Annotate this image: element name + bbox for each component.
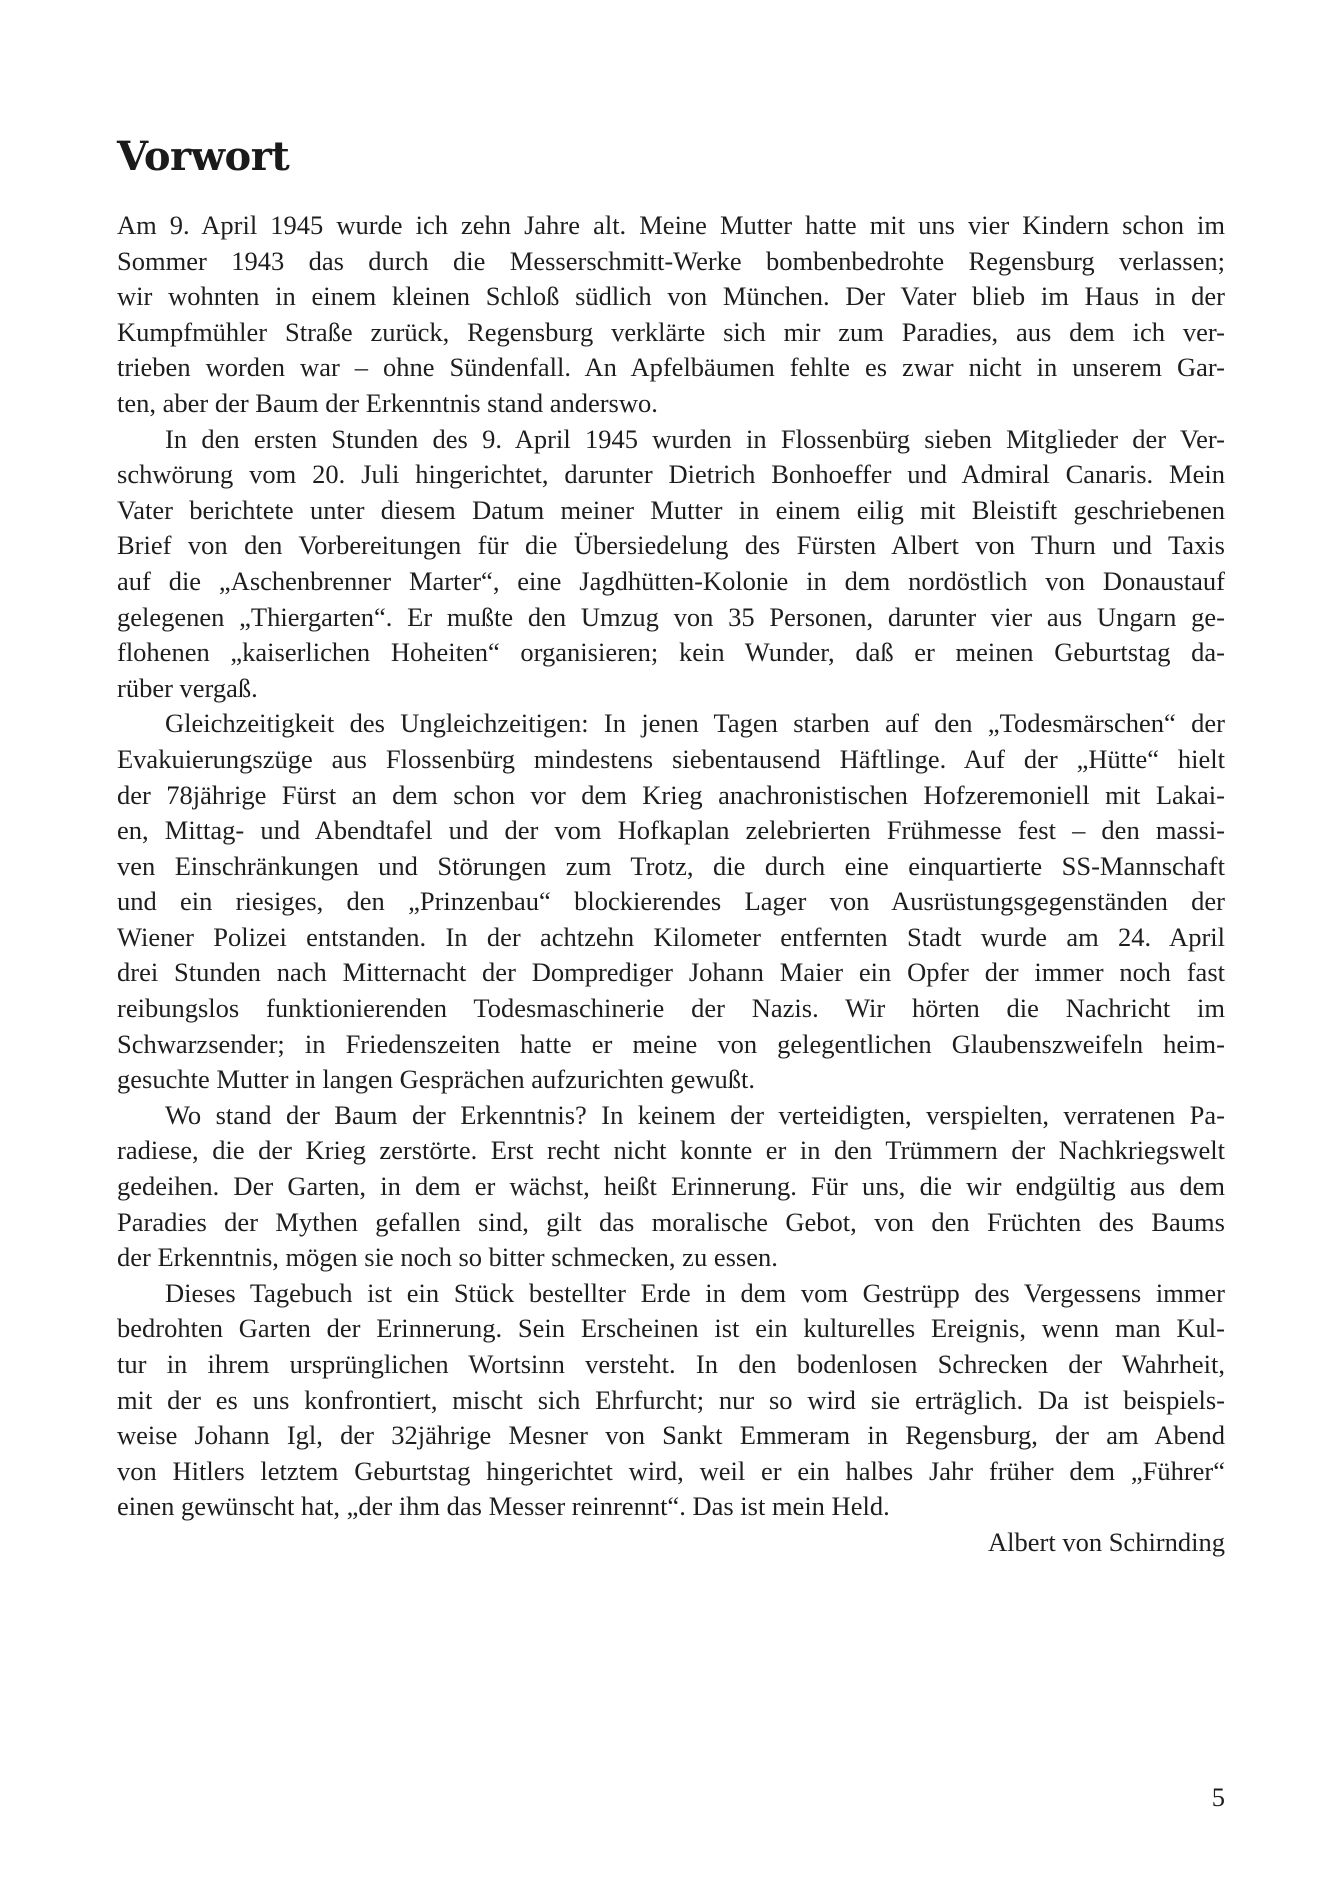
text-line: Brief von den Vorbereitungen für die Übe… [117,528,1225,564]
text-line: Schwarzsender; in Friedenszeiten hatte e… [117,1027,1225,1063]
text-line: gedeihen. Der Garten, in dem er wächst, … [117,1169,1225,1205]
text-line: Paradies der Mythen gefallen sind, gilt … [117,1205,1225,1241]
text-line: radiese, die der Krieg zerstörte. Erst r… [117,1133,1225,1169]
text-line: flohenen „kaiserlichen Hoheiten“ organis… [117,635,1225,671]
text-line: von Hitlers letztem Geburtstag hingerich… [117,1454,1225,1490]
text-line: gelegenen „Thiergarten“. Er mußte den Um… [117,600,1225,636]
text-line: en, Mittag- und Abendtafel und der vom H… [117,813,1225,849]
text-line: Evakuierungszüge aus Flossenbürg mindest… [117,742,1225,778]
text-line: Kumpfmühler Straße zurück, Regensburg ve… [117,315,1225,351]
text-line: der Erkenntnis, mögen sie noch so bitter… [117,1240,1225,1276]
text-line: rüber vergaß. [117,671,1225,707]
text-line: der 78jährige Fürst an dem schon vor dem… [117,778,1225,814]
author-signature: Albert von Schirnding [117,1525,1225,1561]
foreword-body: Am 9. April 1945 wurde ich zehn Jahre al… [117,208,1225,1561]
paragraph-4: Wo stand der Baum der Erkenntnis? In kei… [117,1098,1225,1276]
text-line: ten, aber der Baum der Erkenntnis stand … [117,386,1225,422]
text-line: auf die „Aschenbrenner Marter“, eine Jag… [117,564,1225,600]
text-line: weise Johann Igl, der 32jährige Mesner v… [117,1418,1225,1454]
text-line: Am 9. April 1945 wurde ich zehn Jahre al… [117,208,1225,244]
paragraph-2: In den ersten Stunden des 9. April 1945 … [117,422,1225,707]
text-line: mit der es uns konfrontiert, mischt sich… [117,1383,1225,1419]
text-line: reibungslos funktionierenden Todesmaschi… [117,991,1225,1027]
text-line: und ein riesiges, den „Prinzenbau“ block… [117,884,1225,920]
text-line: trieben worden war – ohne Sündenfall. An… [117,350,1225,386]
paragraph-5: Dieses Tagebuch ist ein Stück bestellter… [117,1276,1225,1525]
text-line: Wo stand der Baum der Erkenntnis? In kei… [117,1098,1225,1134]
paragraph-1: Am 9. April 1945 wurde ich zehn Jahre al… [117,208,1225,422]
text-line: Wiener Polizei entstanden. In der achtze… [117,920,1225,956]
text-line: Gleichzeitigkeit des Ungleichzeitigen: I… [117,706,1225,742]
text-line: wir wohnten in einem kleinen Schloß südl… [117,279,1225,315]
text-line: schwörung vom 20. Juli hingerichtet, dar… [117,457,1225,493]
text-line: bedrohten Garten der Erinnerung. Sein Er… [117,1311,1225,1347]
page-number: 5 [1200,1781,1225,1813]
text-line: Sommer 1943 das durch die Messerschmitt-… [117,244,1225,280]
paragraph-3: Gleichzeitigkeit des Ungleichzeitigen: I… [117,706,1225,1098]
text-line: Vater berichtete unter diesem Datum mein… [117,493,1225,529]
text-line: gesuchte Mutter in langen Gesprächen auf… [117,1062,1225,1098]
text-line: In den ersten Stunden des 9. April 1945 … [117,422,1225,458]
text-line: ven Einschränkungen und Störungen zum Tr… [117,849,1225,885]
text-line: drei Stunden nach Mitternacht der Dompre… [117,955,1225,991]
text-line: tur in ihrem ursprünglichen Wortsinn ver… [117,1347,1225,1383]
text-line: einen gewünscht hat, „der ihm das Messer… [117,1489,1225,1525]
text-line: Dieses Tagebuch ist ein Stück bestellter… [117,1276,1225,1312]
page-title: Vorwort [117,132,289,182]
